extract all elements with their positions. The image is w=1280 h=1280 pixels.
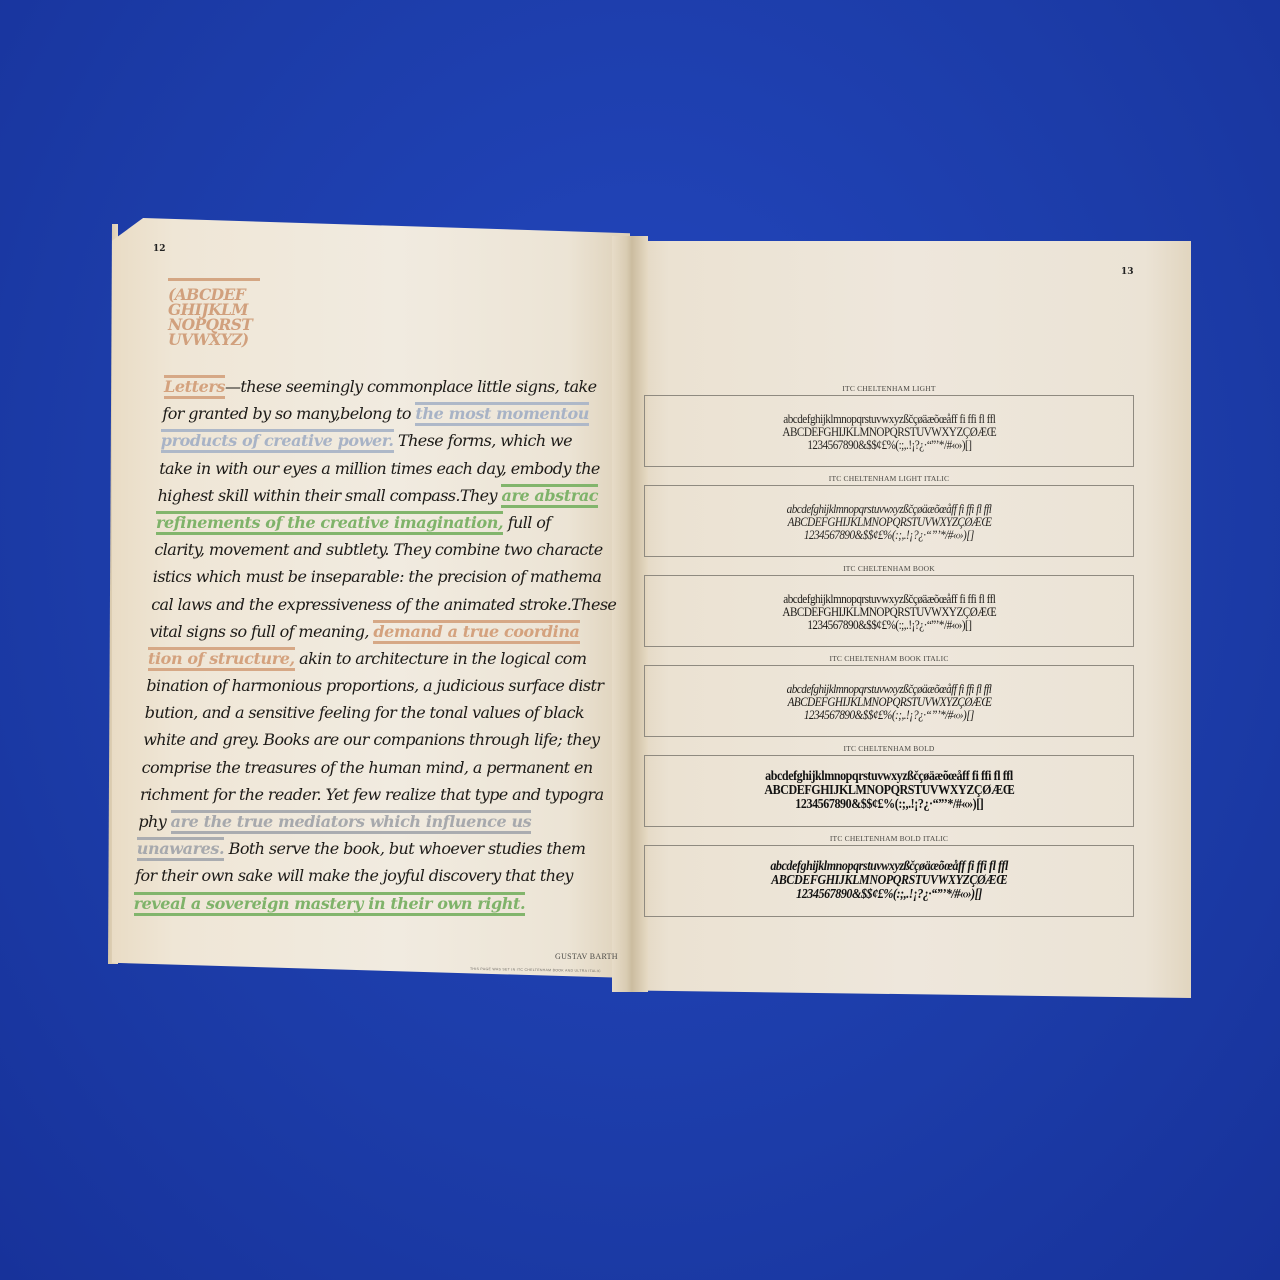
page-number-left: 12: [153, 244, 166, 254]
essay-line: comprise the treasures of the human mind…: [142, 754, 626, 781]
specimen-box: abcdefghijklmnopqrstuvwxyzßčçøäæõœåff fi…: [644, 845, 1134, 917]
highlighted-phrase: reveal a sovereign mastery in their own …: [134, 890, 526, 917]
essay-line: bination of harmonious proportions, a ju…: [146, 672, 626, 699]
type-specimen-list: ITC CHELTENHAM LIGHTabcdefghijklmnopqrst…: [644, 382, 1134, 917]
specimen-lowercase-row: abcdefghijklmnopqrstuvwxyzßčçøäæõœåff fi…: [770, 860, 1008, 874]
specimen-box: abcdefghijklmnopqrstuvwxyzßčçøäæõœåff fi…: [644, 575, 1134, 647]
highlighted-phrase: Letters: [164, 373, 225, 400]
body-text: full of: [503, 513, 550, 532]
essay-line: white and grey. Books are our companions…: [143, 726, 626, 753]
body-text: white and grey. Books are our companions…: [143, 730, 599, 749]
specimen-uppercase-row: ABCDEFGHIJKLMNOPQRSTUVWXYZÇØÆŒ: [764, 784, 1014, 798]
specimen-box: abcdefghijklmnopqrstuvwxyzßčçøäæõœåff fi…: [644, 665, 1134, 737]
essay-line: vital signs so full of meaning, demand a…: [150, 618, 626, 645]
highlighted-phrase: are abstrac: [501, 482, 598, 509]
specimen-figures-row: 1234567890&$$¢£%(:;,.!¡?¿·“”’*/#«»)[]: [804, 708, 974, 721]
body-text: akin to architecture in the logical com: [295, 649, 587, 668]
specimen-itc-cheltenham-bold: ITC CHELTENHAM BOLDabcdefghijklmnopqrstu…: [644, 742, 1134, 827]
specimen-itc-cheltenham-light-italic: ITC CHELTENHAM LIGHT ITALICabcdefghijklm…: [644, 472, 1134, 557]
specimen-label: ITC CHELTENHAM BOOK: [644, 562, 1134, 575]
highlighted-phrase: demand a true coordina: [373, 618, 579, 645]
essay-line: reveal a sovereign mastery in their own …: [134, 890, 626, 917]
specimen-label: ITC CHELTENHAM LIGHT: [644, 382, 1134, 395]
body-text: phy: [138, 812, 170, 831]
essay-line: Letters—these seemingly commonplace litt…: [164, 373, 626, 400]
alphabet-line: UVWXYZ): [168, 332, 260, 347]
specimen-itc-cheltenham-book-italic: ITC CHELTENHAM BOOK ITALICabcdefghijklmn…: [644, 652, 1134, 737]
specimen-box: abcdefghijklmnopqrstuvwxyzßčçøäæõœåff fi…: [644, 755, 1134, 827]
essay-line: take in with our eyes a million times ea…: [159, 455, 626, 482]
essay-line: products of creative power. These forms,…: [161, 427, 626, 454]
body-text: comprise the treasures of the human mind…: [142, 758, 593, 777]
essay-body: Letters—these seemingly commonplace litt…: [130, 373, 626, 917]
highlighted-phrase: tion of structure,: [148, 645, 295, 672]
specimen-label: ITC CHELTENHAM BOOK ITALIC: [644, 652, 1134, 665]
body-text: Both serve the book, but whoever studies…: [224, 839, 585, 858]
body-text: richment for the reader. Yet few realize…: [140, 785, 604, 804]
specimen-box: abcdefghijklmnopqrstuvwxyzßčçøäæõœåff fi…: [644, 485, 1134, 557]
body-text: clarity, movement and subtlety. They com…: [154, 540, 602, 559]
alphabet-block: (ABCDEF GHIJKLM NOPQRST UVWXYZ): [168, 278, 260, 347]
essay-line: bution, and a sensitive feeling for the …: [145, 699, 626, 726]
specimen-itc-cheltenham-book: ITC CHELTENHAM BOOKabcdefghijklmnopqrstu…: [644, 562, 1134, 647]
specimen-figures-row: 1234567890&$$¢£%(:;,.!¡?¿·“”’*/#«»)[]: [807, 438, 971, 451]
essay-line: unawares. Both serve the book, but whoev…: [137, 835, 626, 862]
body-text: cal laws and the expressiveness of the a…: [151, 595, 616, 614]
specimen-figures-row: 1234567890&$$¢£%(:;,.!¡?¿·“”’*/#«»)[]: [807, 618, 971, 631]
specimen-figures-row: 1234567890&$$¢£%(:;,.!¡?¿·“”’*/#«»)[]: [804, 528, 974, 541]
body-text: for granted by so many,belong to: [162, 404, 415, 423]
open-booklet-spread: 12 13 (ABCDEF GHIJKLM NOPQRST UVWXYZ) Le…: [0, 0, 1280, 1280]
essay-line: for their own sake will make the joyful …: [135, 862, 626, 889]
highlighted-phrase: are the true mediators which influence u…: [171, 808, 532, 835]
specimen-figures-row: 1234567890&$$¢£%(:;,.!¡?¿·“”’*/#«»)[]: [796, 888, 982, 902]
essay-line: for granted by so many,belong to the mos…: [162, 400, 626, 427]
essay-line: phy are the true mediators which influen…: [138, 808, 626, 835]
specimen-itc-cheltenham-light: ITC CHELTENHAM LIGHTabcdefghijklmnopqrst…: [644, 382, 1134, 467]
specimen-box: abcdefghijklmnopqrstuvwxyzßčçøäæõœåff fi…: [644, 395, 1134, 467]
left-page-text: (ABCDEF GHIJKLM NOPQRST UVWXYZ) Letters—…: [130, 272, 626, 972]
specimen-itc-cheltenham-bold-italic: ITC CHELTENHAM BOLD ITALICabcdefghijklmn…: [644, 832, 1134, 917]
body-text: take in with our eyes a million times ea…: [159, 459, 600, 478]
body-text: These forms, which we: [394, 431, 573, 450]
highlighted-phrase: unawares.: [137, 835, 224, 862]
body-text: for their own sake will make the joyful …: [135, 866, 573, 885]
specimen-label: ITC CHELTENHAM LIGHT ITALIC: [644, 472, 1134, 485]
essay-line: refinements of the creative imagination,…: [156, 509, 626, 536]
specimen-lowercase-row: abcdefghijklmnopqrstuvwxyzßčçøäæõœåff fi…: [765, 770, 1013, 784]
specimen-uppercase-row: ABCDEFGHIJKLMNOPQRSTUVWXYZÇØÆŒ: [771, 874, 1007, 888]
specimen-figures-row: 1234567890&$$¢£%(:;,.!¡?¿·“”’*/#«»)[]: [795, 798, 983, 812]
essay-line: clarity, movement and subtlety. They com…: [154, 536, 626, 563]
page-number-right: 13: [1121, 267, 1134, 277]
essay-line: cal laws and the expressiveness of the a…: [151, 591, 626, 618]
body-text: —these seemingly commonplace little sign…: [225, 377, 596, 396]
author-attribution: GUSTAV BARTH: [555, 952, 618, 961]
highlighted-phrase: products of creative power.: [161, 427, 394, 454]
body-text: bination of harmonious proportions, a ju…: [146, 676, 603, 695]
body-text: vital signs so full of meaning,: [150, 622, 374, 641]
body-text: highest skill within their small compass…: [158, 486, 502, 505]
essay-line: richment for the reader. Yet few realize…: [140, 781, 626, 808]
specimen-label: ITC CHELTENHAM BOLD: [644, 742, 1134, 755]
specimen-label: ITC CHELTENHAM BOLD ITALIC: [644, 832, 1134, 845]
body-text: istics which must be inseparable: the pr…: [153, 567, 602, 586]
essay-line: tion of structure, akin to architecture …: [148, 645, 626, 672]
essay-line: istics which must be inseparable: the pr…: [153, 563, 626, 590]
highlighted-phrase: refinements of the creative imagination,: [156, 509, 503, 536]
essay-line: highest skill within their small compass…: [158, 482, 626, 509]
highlighted-phrase: the most momentou: [415, 400, 589, 427]
body-text: bution, and a sensitive feeling for the …: [145, 703, 584, 722]
